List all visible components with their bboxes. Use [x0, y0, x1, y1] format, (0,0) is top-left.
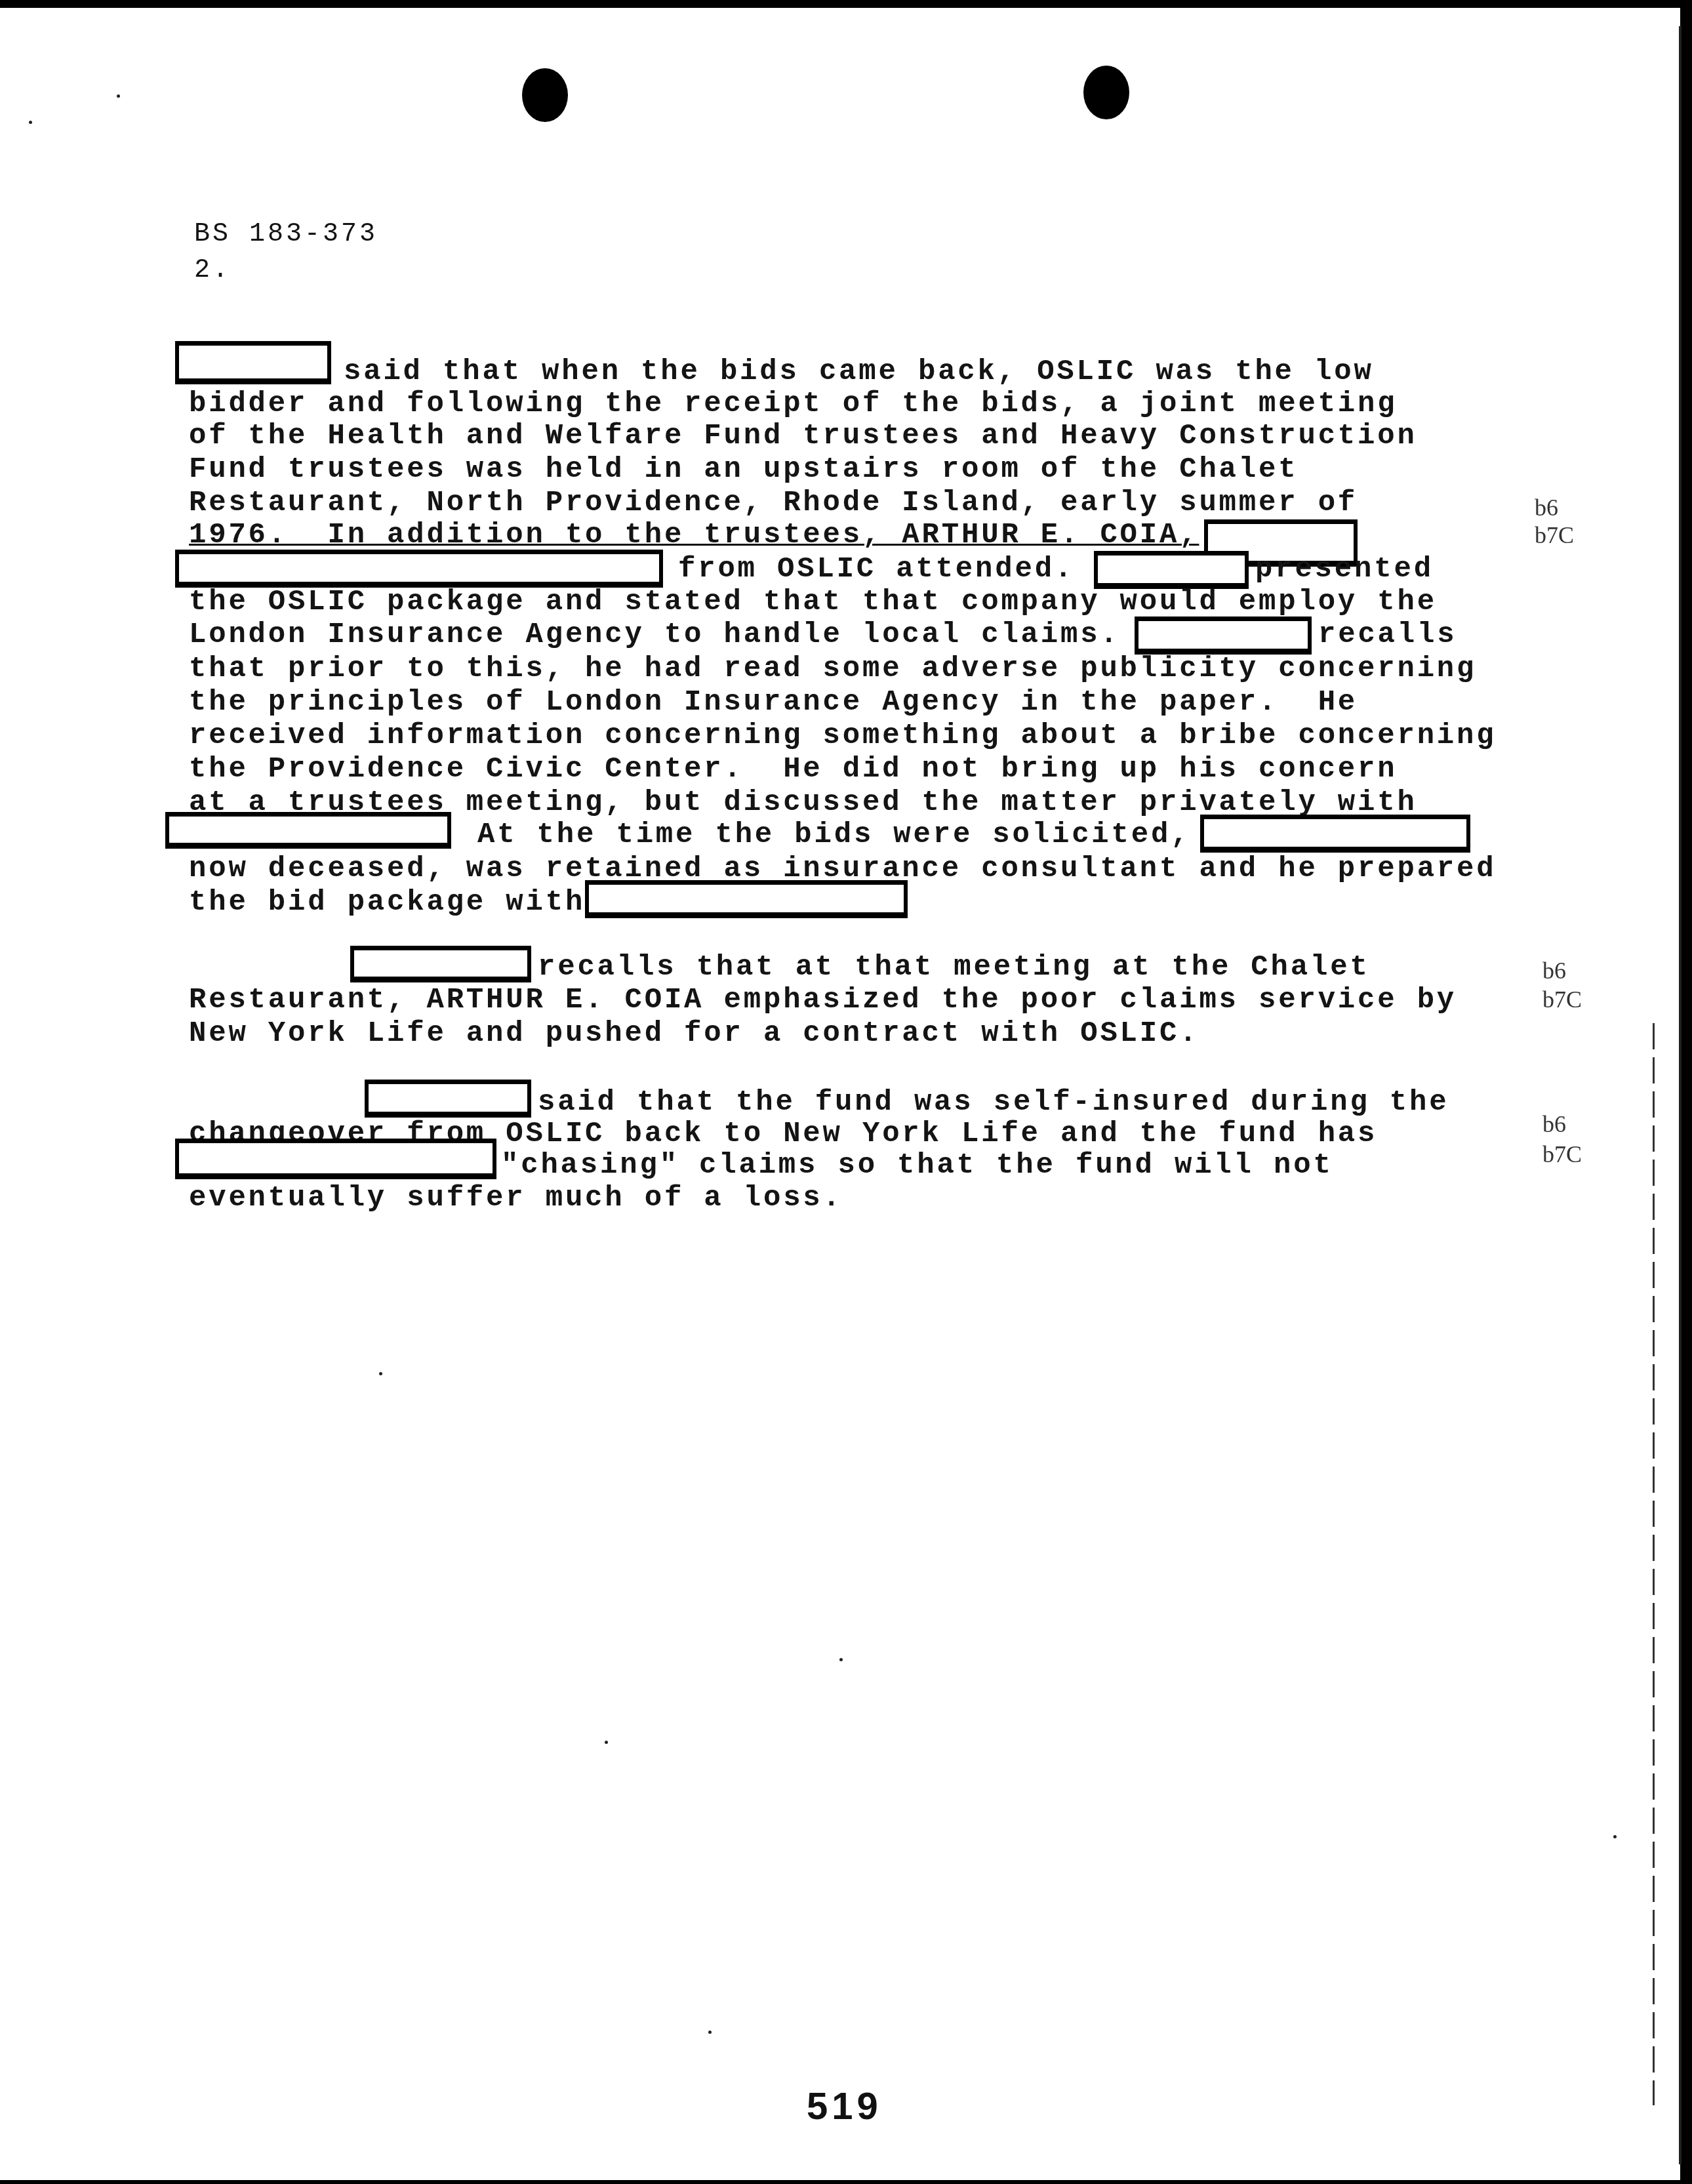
paragraph-1-line: Fund trustees was held in an upstairs ro… — [189, 453, 1298, 486]
redaction-box — [175, 1139, 496, 1179]
scan-edge-right-inner — [1679, 26, 1682, 2164]
scan-speck — [1613, 1835, 1617, 1838]
scan-speck — [29, 121, 32, 124]
paragraph-2-line: Restaurant, ARTHUR E. COIA emphasized th… — [189, 984, 1457, 1017]
redaction-box — [585, 880, 908, 918]
paragraph-1-line: recalls — [1318, 618, 1457, 651]
exemption-code: b7C — [1542, 1140, 1582, 1169]
paragraph-1-line: Restaurant, North Providence, Rhode Isla… — [189, 487, 1358, 519]
scan-edge-right — [1680, 0, 1692, 2184]
redaction-box — [365, 1080, 531, 1118]
file-number: BS 183-373 — [194, 218, 378, 251]
paragraph-1-line: that prior to this, he had read some adv… — [189, 653, 1476, 685]
scan-speck — [708, 2031, 712, 2034]
paragraph-1-line: the principles of London Insurance Agenc… — [189, 686, 1358, 719]
redaction-box — [175, 550, 663, 588]
paragraph-3-line: eventually suffer much of a loss. — [189, 1182, 843, 1215]
punch-hole-icon — [522, 68, 568, 122]
paragraph-1-line: London Insurance Agency to handle local … — [189, 618, 1120, 651]
scan-speck — [117, 94, 120, 98]
paragraph-1-line: 1976. In addition to the trustees, ARTHU… — [189, 519, 1199, 552]
page-marker: 2. — [194, 254, 231, 287]
paragraph-1-line: presented — [1255, 553, 1434, 586]
paragraph-1-line: At the time the bids were solicited, — [477, 819, 1190, 851]
paragraph-3-line: "chasing" claims so that the fund will n… — [501, 1149, 1333, 1182]
redaction-box — [350, 946, 531, 982]
paragraph-1-line: said that when the bids came back, OSLIC… — [344, 355, 1374, 388]
scan-speck — [605, 1741, 608, 1744]
exemption-code: b6 — [1542, 956, 1566, 985]
scan-speck — [379, 1372, 382, 1375]
paragraph-1-line: of the Health and Welfare Fund trustees … — [189, 420, 1417, 453]
redaction-box — [165, 812, 451, 849]
redaction-box — [175, 341, 331, 384]
scan-edge-top — [0, 0, 1692, 8]
scan-artifact-line — [1653, 1023, 1655, 2105]
paragraph-1-line: received information concerning somethin… — [189, 719, 1496, 752]
paragraph-2-line: recalls that at that meeting at the Chal… — [538, 951, 1370, 984]
redaction-box — [1094, 551, 1249, 589]
paragraph-1-line: bidder and following the receipt of the … — [189, 388, 1397, 420]
paragraph-1-line: the OSLIC package and stated that that c… — [189, 586, 1437, 618]
document-page: BS 183-373 2. said that when the bids ca… — [0, 0, 1692, 2184]
paragraph-1-line: the bid package with — [189, 886, 585, 919]
exemption-code: b6 — [1542, 1110, 1566, 1139]
exemption-code: b7C — [1542, 985, 1582, 1014]
scan-edge-bottom — [0, 2180, 1692, 2184]
exemption-code: b7C — [1535, 521, 1574, 550]
paragraph-3-line: said that the fund was self-insured duri… — [538, 1086, 1449, 1119]
paragraph-1-line: the Providence Civic Center. He did not … — [189, 753, 1397, 786]
paragraph-2-line: New York Life and pushed for a contract … — [189, 1017, 1199, 1050]
punch-hole-icon — [1083, 66, 1129, 119]
redaction-box — [1200, 815, 1470, 853]
paragraph-1-line: from OSLIC attended. — [678, 553, 1074, 586]
scan-speck — [839, 1658, 843, 1661]
exemption-code: b6 — [1535, 493, 1558, 522]
redaction-box — [1135, 617, 1312, 655]
page-number: 519 — [807, 2084, 882, 2128]
